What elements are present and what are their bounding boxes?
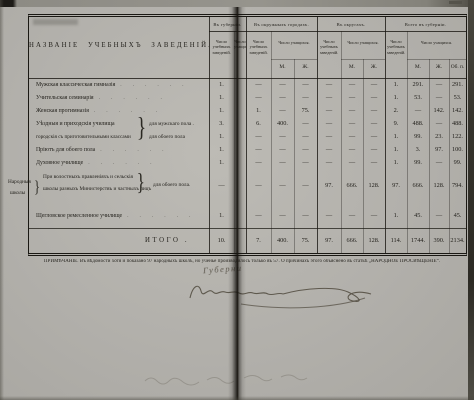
value-cell: —	[341, 104, 363, 117]
value-cell: 1.	[246, 104, 271, 117]
page-edge-left	[0, 0, 4, 400]
value-cell: —	[271, 130, 294, 143]
subheader-students: Число учащихся.	[271, 31, 317, 59]
value-cell: 488.	[449, 117, 466, 130]
subheader-female: Ж.	[294, 59, 317, 78]
value-cell: —	[271, 143, 294, 156]
value-cell: 100.	[449, 143, 466, 156]
row-brace: }	[137, 171, 145, 195]
value-cell: 1.	[209, 91, 234, 104]
value-cell: —	[429, 78, 449, 91]
value-cell: 1.	[385, 130, 407, 143]
value-cell: —	[246, 156, 271, 169]
value-cell: —	[363, 203, 385, 228]
value-cell: —	[317, 143, 341, 156]
subheader-female: Ж.	[429, 59, 449, 78]
value-cell: —	[429, 203, 449, 228]
value-cell: 1.	[209, 143, 234, 156]
value-cell: —	[363, 130, 385, 143]
value-cell: 99.	[449, 156, 466, 169]
value-cell: 1.	[209, 156, 234, 169]
value-cell: —	[317, 91, 341, 104]
value-cell: —	[429, 156, 449, 169]
value-cell: 794.	[449, 169, 466, 203]
value-cell: —	[317, 117, 341, 130]
value-cell: —	[271, 156, 294, 169]
value-cell: 3.	[407, 143, 429, 156]
value-cell: —	[294, 117, 317, 130]
footnote: ПРИМѢЧАНІЕ. Въ вѣдомости хотя и показано…	[44, 259, 469, 264]
value-cell: 1.	[385, 203, 407, 228]
subheader-students: Число учащихся.	[407, 31, 466, 59]
value-cell: —	[246, 91, 271, 104]
value-cell: —	[246, 78, 271, 91]
table-title: НАЗВАНІЕ УЧЕБНЫХЪ ЗАВЕДЕНІЙ.	[29, 17, 209, 78]
table-row: Пріютъ для обоего пола. . . . . .1.—————…	[29, 143, 466, 156]
value-cell: —	[363, 143, 385, 156]
value-cell: 99.	[407, 130, 429, 143]
value-cell: 23.	[429, 130, 449, 143]
table-row: Мужская классическая гимназія. . . . . .…	[29, 78, 466, 91]
value-cell: 1.	[209, 203, 234, 228]
row-label: Уѣздныя и приходскія училищадля мужскаго…	[29, 117, 209, 130]
value-cell: —	[294, 156, 317, 169]
page-edge-bottom	[0, 396, 474, 400]
handwritten-word: Губерни	[203, 263, 243, 276]
value-cell: 1744.	[407, 229, 429, 254]
value-cell: 400.	[271, 117, 294, 130]
value-cell: —	[317, 130, 341, 143]
row-label: Щегловское ремесленное училище. . . . . …	[29, 203, 209, 228]
value-cell: —	[294, 203, 317, 228]
value-cell: —	[363, 91, 385, 104]
table-body: Мужская классическая гимназія. . . . . .…	[29, 78, 466, 254]
value-cell: 3.	[209, 117, 234, 130]
value-cell: 1.	[209, 130, 234, 143]
row-label: ИТОГО .	[29, 229, 209, 254]
value-cell: 291.	[407, 78, 429, 91]
value-cell: —	[271, 104, 294, 117]
value-cell: —	[271, 91, 294, 104]
margin-group-label: школы	[10, 190, 25, 196]
ledger-table: НАЗВАНІЕ УЧЕБНЫХЪ ЗАВЕДЕНІЙ. Въ губерніи…	[28, 14, 467, 256]
value-cell: —	[341, 143, 363, 156]
row-label-suffix: для обоего пола.	[153, 182, 190, 188]
subheader-male: М.	[271, 59, 294, 78]
value-cell: —	[246, 169, 271, 203]
value-cell: 2.	[385, 104, 407, 117]
value-cell: —	[429, 117, 449, 130]
value-cell: —	[271, 78, 294, 91]
value-cell: 45.	[449, 203, 466, 228]
subheader-female: Ж.	[363, 59, 385, 78]
value-cell: 9.	[385, 117, 407, 130]
value-cell: 128.	[429, 169, 449, 203]
value-cell: —	[341, 91, 363, 104]
subheader-institutions: Число учебныхъ заведеній.	[385, 31, 407, 78]
value-cell: —	[317, 104, 341, 117]
col-group-province: Въ губерніи.	[209, 17, 246, 31]
value-cell: —	[341, 130, 363, 143]
value-cell: —	[294, 169, 317, 203]
value-cell: —	[246, 130, 271, 143]
value-cell: —	[294, 130, 317, 143]
value-cell: 75.	[294, 104, 317, 117]
value-cell: —	[363, 117, 385, 130]
value-cell: —	[294, 143, 317, 156]
margin-brace: }	[34, 178, 40, 195]
col-group-district-towns: Въ окружныхъ городахъ.	[246, 17, 317, 31]
table-row: Духовное училище. . . . . .1.——————1.99.…	[29, 156, 466, 169]
table-header: НАЗВАНІЕ УЧЕБНЫХЪ ЗАВЕДЕНІЙ. Въ губерніи…	[29, 17, 466, 78]
value-cell: 1.	[209, 78, 234, 91]
row-label-suffix: для обоего пола	[149, 134, 185, 140]
scanned-ledger-page: НАЗВАНІЕ УЧЕБНЫХЪ ЗАВЕДЕНІЙ. Въ губерніи…	[0, 0, 474, 400]
value-cell: —	[294, 78, 317, 91]
col-group-province-total: Всего въ губерніи.	[385, 17, 466, 31]
value-cell: —	[341, 78, 363, 91]
value-cell: —	[363, 104, 385, 117]
table-row: Женская прогимназія. . . . . .1.1.—75.——…	[29, 104, 466, 117]
subheader-institutions: Число учебныхъ заведеній.	[317, 31, 341, 78]
value-cell: 53.	[449, 91, 466, 104]
value-cell: —	[317, 78, 341, 91]
value-cell: 1.	[385, 91, 407, 104]
scan-artifact	[449, 1, 462, 4]
value-cell: 7.	[246, 229, 271, 254]
row-label: Учительская семинарія. . . . . .	[29, 91, 209, 104]
value-cell: 122.	[449, 130, 466, 143]
page-edge-top	[0, 0, 474, 7]
table-row: Щегловское ремесленное училище. . . . . …	[29, 203, 466, 228]
table-row: Уѣздныя и приходскія училищадля мужскаго…	[29, 117, 466, 130]
row-label: Женская прогимназія. . . . . .	[29, 104, 209, 117]
rows-brace: }	[137, 114, 146, 141]
value-cell: 390.	[429, 229, 449, 254]
value-cell: 666.	[407, 169, 429, 203]
value-cell: 45.	[407, 203, 429, 228]
value-cell: 142.	[429, 104, 449, 117]
pencil-scrawl	[140, 370, 345, 390]
value-cell: 75.	[294, 229, 317, 254]
subheader-male: М.	[407, 59, 429, 78]
signature-flourish	[183, 277, 388, 311]
value-cell: —	[294, 91, 317, 104]
margin-group-label: Народныя	[8, 179, 31, 185]
grand-total-row: ИТОГО .10.7.400.75.97.666.128.114.1744.3…	[29, 228, 466, 254]
value-cell: 97.	[317, 169, 341, 203]
value-cell: 10.	[209, 229, 234, 254]
value-cell: 666.	[341, 229, 363, 254]
row-label: городскія съ приготовительными классамид…	[29, 130, 209, 143]
value-cell: —	[363, 78, 385, 91]
table-row: городскія съ приготовительными классамид…	[29, 130, 466, 143]
value-cell: —	[341, 156, 363, 169]
handwritten-signature	[183, 277, 388, 316]
value-cell: 488.	[407, 117, 429, 130]
value-cell: —	[317, 156, 341, 169]
value-cell: 142.	[449, 104, 466, 117]
value-cell: 666.	[341, 169, 363, 203]
value-cell: 97.	[385, 169, 407, 203]
value-cell: 128.	[363, 229, 385, 254]
total-label: ИТОГО .	[145, 229, 189, 253]
value-cell: —	[363, 156, 385, 169]
subheader-institutions: Число учебныхъ заведеній.	[209, 31, 234, 78]
subheader-institutions: Число учебныхъ заведеній.	[246, 31, 271, 78]
value-cell: 1.	[385, 156, 407, 169]
table-row: Учительская семинарія. . . . . .1.——————…	[29, 91, 466, 104]
table-row: При волостныхъ правленіяхъ и сельскіяшко…	[29, 169, 466, 203]
value-cell: —	[209, 169, 234, 203]
row-label: При волостныхъ правленіяхъ и сельскіяшко…	[29, 169, 209, 203]
row-label-suffix: для мужскаго пола .	[149, 121, 194, 127]
pencil-inscription	[140, 370, 345, 395]
value-cell: —	[341, 203, 363, 228]
value-cell: —	[246, 203, 271, 228]
value-cell: 6.	[246, 117, 271, 130]
value-cell: —	[429, 91, 449, 104]
subheader-male: М.	[341, 59, 363, 78]
value-cell: —	[271, 203, 294, 228]
value-cell: 291.	[449, 78, 466, 91]
subheader-both-sexes: Об. п.	[449, 59, 466, 78]
value-cell: 400.	[271, 229, 294, 254]
value-cell: —	[246, 143, 271, 156]
value-cell: 97.	[317, 229, 341, 254]
value-cell: 2134.	[449, 229, 466, 254]
value-cell: 53.	[407, 91, 429, 104]
col-group-districts: Въ округахъ.	[317, 17, 385, 31]
subheader-students-hidden: Число учащихся.	[234, 31, 246, 78]
row-label: Пріютъ для обоего пола. . . . . .	[29, 143, 209, 156]
value-cell: 114.	[385, 229, 407, 254]
value-cell: 97.	[429, 143, 449, 156]
value-cell: —	[317, 203, 341, 228]
value-cell: 99.	[407, 156, 429, 169]
value-cell: 1.	[385, 143, 407, 156]
page-edge-right	[468, 0, 474, 400]
row-label: Духовное училище. . . . . .	[29, 156, 209, 169]
value-cell: 1.	[385, 78, 407, 91]
row-label: Мужская классическая гимназія. . . . . .	[29, 78, 209, 91]
value-cell: —	[271, 169, 294, 203]
value-cell: 1.	[209, 104, 234, 117]
value-cell: —	[341, 117, 363, 130]
value-cell: 128.	[363, 169, 385, 203]
value-cell: —	[407, 104, 429, 117]
subheader-students: Число учащихся.	[341, 31, 385, 59]
